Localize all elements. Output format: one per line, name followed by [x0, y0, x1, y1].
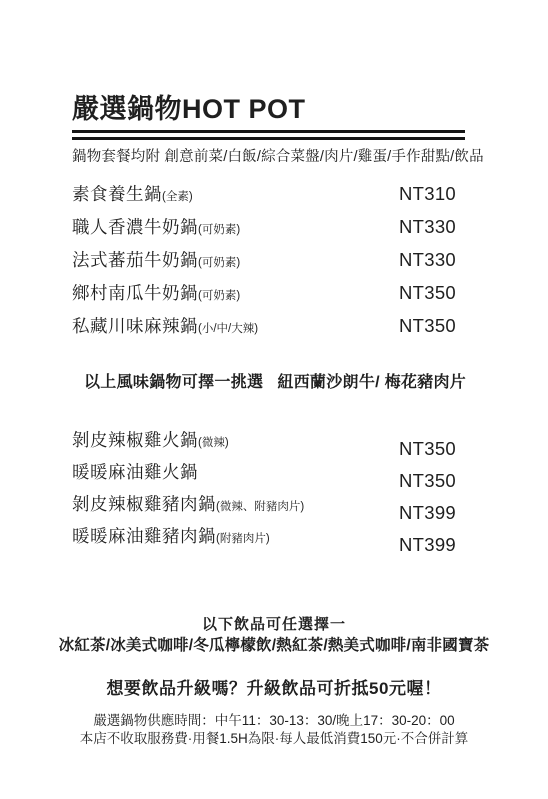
item-name: 私藏川味麻辣鍋 [72, 316, 198, 336]
item-price: NT350 [399, 470, 465, 492]
item-note: (微辣) [198, 437, 229, 449]
drink-upgrade-note: 想要飲品升級嗎？升級飲品可折抵50元喔！ [0, 678, 548, 700]
item-name: 剝皮辣椒雞火鍋 [72, 430, 198, 450]
item-note: (附豬肉片) [216, 533, 270, 545]
menu-item-row: 素食養生鍋(全素) NT310 [72, 177, 465, 210]
menu-item-row: 職人香濃牛奶鍋(可奶素) NT330 [72, 210, 465, 243]
item-price: NT399 [399, 534, 465, 556]
item-price: NT350 [399, 315, 465, 337]
item-price: NT350 [399, 438, 465, 460]
menu-content: 嚴選鍋物HOT POT 鍋物套餐均附 創意前菜/白飯/綜合菜盤/肉片/雞蛋/手作… [0, 0, 548, 551]
hotpot-group-2: 剝皮辣椒雞火鍋(微辣) NT350 暖暖麻油雞火鍋 NT350 剝皮辣椒雞豬肉鍋… [72, 423, 465, 551]
item-name: 暖暖麻油雞火鍋 [72, 462, 198, 482]
item-price: NT350 [399, 282, 465, 304]
item-note: (可奶素) [198, 224, 240, 236]
item-price: NT330 [399, 249, 465, 271]
page-title: 嚴選鍋物HOT POT [72, 94, 465, 125]
item-note: (微辣、附豬肉片) [216, 501, 304, 513]
item-note: (可奶素) [198, 290, 240, 302]
meat-selection-note-right: 紐西蘭沙朗牛/ 梅花豬肉片 [277, 374, 466, 391]
item-price: NT310 [399, 183, 465, 205]
item-note: (全素) [162, 191, 193, 203]
menu-item-row: 剝皮辣椒雞火鍋(微辣) NT350 [72, 423, 465, 455]
item-name: 職人香濃牛奶鍋 [72, 217, 198, 237]
hotpot-group-1: 素食養生鍋(全素) NT310 職人香濃牛奶鍋(可奶素) NT330 法式蕃茄牛… [72, 177, 465, 342]
menu-item-row: 私藏川味麻辣鍋(小/中/大辣) NT350 [72, 309, 465, 342]
item-name: 法式蕃茄牛奶鍋 [72, 250, 198, 270]
title-divider [72, 130, 465, 140]
store-policy: 本店不收取服務費·用餐1.5H為限·每人最低消費150元·不合併計算 [0, 730, 548, 748]
meat-selection-note: 以上風味鍋物可擇一挑選紐西蘭沙朗牛/ 梅花豬肉片 [72, 373, 465, 393]
meat-selection-note-left: 以上風味鍋物可擇一挑選 [84, 374, 263, 391]
item-name: 鄉村南瓜牛奶鍋 [72, 283, 198, 303]
item-note: (小/中/大辣) [198, 323, 258, 335]
drinks-options-list: 冰紅茶/冰美式咖啡/冬瓜檸檬飲/熱紅茶/熱美式咖啡/南非國寶茶 [0, 635, 548, 657]
item-name: 素食養生鍋 [72, 184, 162, 204]
item-note: (可奶素) [198, 257, 240, 269]
serving-hours: 嚴選鍋物供應時間：中午11：30-13：30/晚上17：30-20：00 [0, 712, 548, 730]
set-included-note: 鍋物套餐均附 創意前菜/白飯/綜合菜盤/肉片/雞蛋/手作甜點/飲品 [72, 149, 465, 166]
item-price: NT399 [399, 502, 465, 524]
item-name: 剝皮辣椒雞豬肉鍋 [72, 494, 216, 514]
menu-item-row: 法式蕃茄牛奶鍋(可奶素) NT330 [72, 243, 465, 276]
hotpot-menu-page: 嚴選鍋物HOT POT 鍋物套餐均附 創意前菜/白飯/綜合菜盤/肉片/雞蛋/手作… [0, 0, 548, 799]
drinks-choice-header: 以下飲品可任選擇一 [0, 614, 548, 635]
item-price: NT330 [399, 216, 465, 238]
item-name: 暖暖麻油雞豬肉鍋 [72, 526, 216, 546]
menu-item-row: 鄉村南瓜牛奶鍋(可奶素) NT350 [72, 276, 465, 309]
